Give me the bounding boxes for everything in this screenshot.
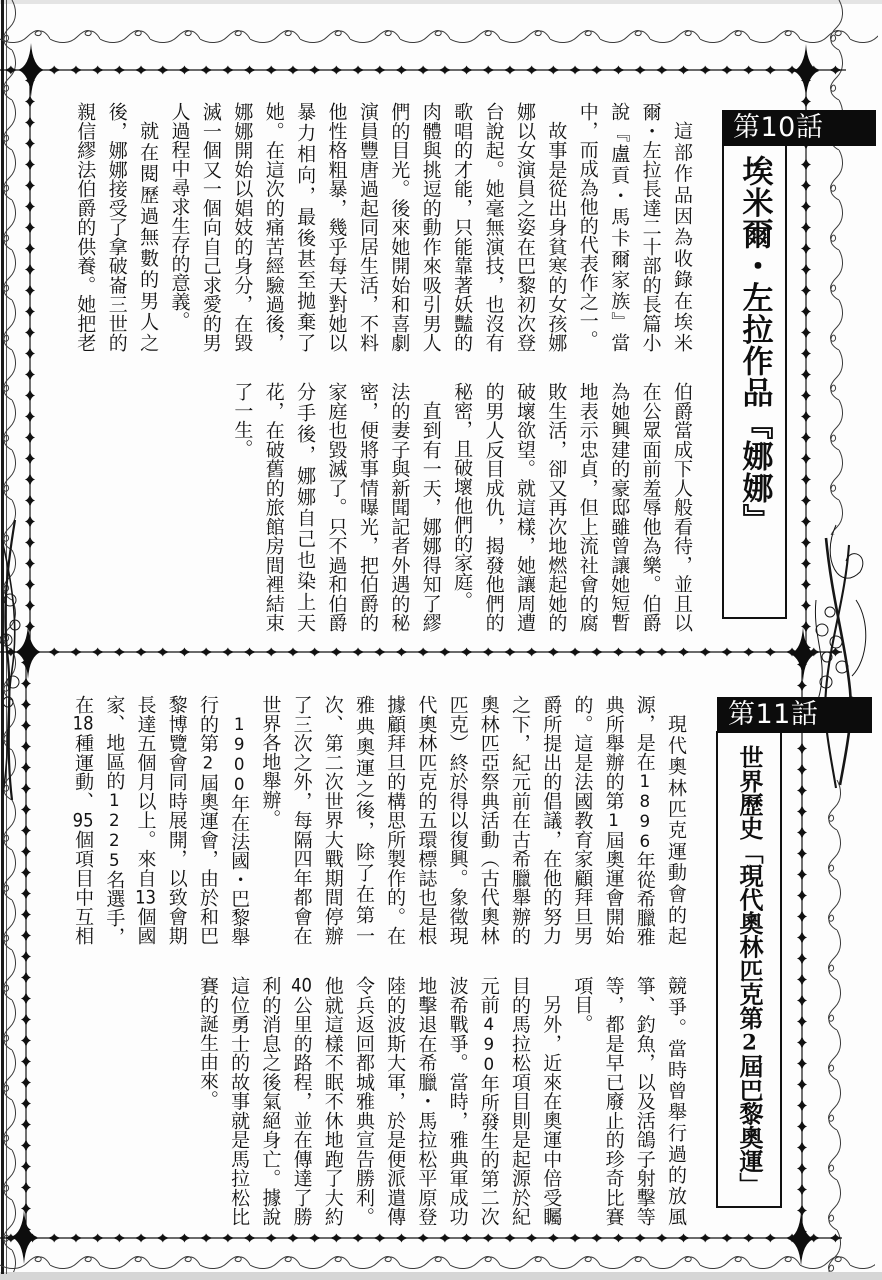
text-column: 競爭。當時曾舉行過的放風	[660, 976, 691, 1226]
text-column: 就在閱歷過無數的男人之	[132, 102, 163, 352]
text-column: 地表示忠貞，但上流社會的腐	[571, 382, 602, 632]
text-column: 波希戰爭。當時，雅典軍成功	[441, 976, 472, 1226]
chapter-label: 第11話	[717, 697, 872, 733]
number: 1900	[229, 714, 249, 794]
number: 2	[737, 1029, 762, 1054]
article-body-upper: 這部作品因為收錄在埃米 爾・左拉長達二十部的長篇小 說『盧貢・馬卡爾家族』當 中…	[69, 102, 697, 352]
vine-bottom	[0, 1250, 875, 1274]
article-body-lower: 競爭。當時曾舉行過的放風 箏、釣魚，以及活鴿子射擊等 等，都是早已廢止的珍奇比賽…	[192, 976, 691, 1226]
text-column: 歌唱的才能，只能靠著妖豔的	[446, 102, 477, 352]
text-column: 箏、釣魚，以及活鴿子射擊等	[629, 976, 660, 1226]
text-column: 陸的波斯大軍，於是便派遣傳	[379, 976, 410, 1226]
text-column: 親信繆法伯爵的供養。她把老	[69, 102, 100, 352]
book-page: 第10話 埃米爾・左拉作品『娜娜』 這部作品因為收錄在埃米 爾・左拉長達二十部的…	[0, 0, 882, 1280]
vine-right-bottom	[822, 780, 846, 1272]
text-column: 在公眾面前羞辱他為樂。伯爵	[634, 382, 665, 632]
text-column: 爵所提出的倡議，在他的努力	[535, 695, 566, 945]
text-column: 法的妻子與新聞記者外遇的秘	[383, 382, 414, 632]
text-column: 秘密，且破壞他們的家庭。	[446, 382, 477, 632]
text-column: 娜娜開始以娼妓的身分，在毀	[226, 102, 257, 352]
number: 40	[291, 976, 313, 995]
text-column: 行的第2屆奧運會，由於和巴	[192, 695, 223, 945]
article-body-upper: 現代奧林匹克運動會的起 源，是在1896年從希臘雅 典所舉辦的第1屆奧運會開始 …	[67, 695, 691, 945]
text-column: 密，便將事情曝光，把伯爵的	[352, 382, 383, 632]
text-column: 利的消息之後氣絕身亡。據說	[254, 976, 285, 1226]
text-column: 另外，近來在奧運中倍受矚	[535, 976, 566, 1226]
text-column: 賽的誕生由來。	[192, 976, 223, 1226]
text-column: 暴力相向，最後甚至拋棄了	[289, 102, 320, 352]
text-column: 們的目光。後來她開始和喜劇	[383, 102, 414, 352]
chapter-label-tab: 第10話	[722, 110, 876, 146]
text-column: 演員豐唐過起同居生活，不料	[352, 102, 383, 352]
number: 1896	[635, 771, 655, 851]
text-column: 地擊退在希臘・馬拉松平原登	[410, 976, 441, 1226]
text-column: 在18種運動、95個項目中互相	[67, 695, 98, 945]
text-column: 分手後，娜娜自己也染上天	[289, 382, 320, 632]
diamond-chain-top	[0, 64, 846, 76]
text-column: 破壞欲望。就這樣，她讓周遭	[509, 382, 540, 632]
diamond-chain-right-bottom	[796, 654, 808, 1240]
text-column: 他性格粗暴，幾乎每天對她以	[320, 102, 351, 352]
number: 1225	[104, 790, 124, 870]
text-column: 爾・左拉長達二十部的長篇小	[634, 102, 665, 352]
text-column: 敗生活，卻又再次地燃起她的	[540, 382, 571, 632]
chapter-title: 世界歷史「現代奧林匹克第2屆巴黎奧運」	[732, 745, 766, 1196]
text-column: 家庭也毀滅了。只不過和伯爵	[320, 382, 351, 632]
article-body-lower: 伯爵當成下人般看待，並且以 在公眾面前羞辱他為樂。伯爵 為她興建的豪邸雖曾讓她短…	[226, 382, 697, 632]
text-column: 肉體與挑逗的動作來吸引男人	[414, 102, 445, 352]
text-column: 令兵返回都城雅典宣告勝利。	[348, 976, 379, 1226]
text-column: 直到有一天，娜娜得知了繆	[414, 382, 445, 632]
text-column: 長達五個月以上。來自13個國	[129, 695, 160, 945]
vine-top	[0, 24, 878, 48]
text-column: 他就這樣不眠不休地跑了大約	[317, 976, 348, 1226]
diamond-chain-left-top	[24, 70, 36, 652]
chapter-title: 埃米爾・左拉作品『娜娜』	[735, 155, 775, 535]
number: 95	[72, 811, 94, 830]
text-column: 後，娜娜接受了拿破崙三世的	[100, 102, 131, 352]
text-column: 典所舉辦的第1屆奧運會開始	[597, 695, 628, 945]
text-column: 黎博覽會同時展開，以致會期	[161, 695, 192, 945]
text-column: 這位勇士的故事就是馬拉松比	[223, 976, 254, 1226]
text-column: 元前490年所發生的第二次	[473, 976, 504, 1226]
chapter-label: 第10話	[722, 110, 876, 146]
chapter-label-tab: 第11話	[717, 697, 872, 733]
number: 18	[72, 714, 94, 733]
text-column: 之下，紀元前在古希臘舉辦的	[504, 695, 535, 945]
text-column: 娜以女演員之姿在巴黎初次登	[509, 102, 540, 352]
text-column: 40公里的路程，並在傳達了勝	[285, 976, 316, 1226]
text-column: 她。在這次的痛苦經驗過後，	[257, 102, 288, 352]
number: 490	[479, 1014, 499, 1074]
vine-right-top	[824, 0, 848, 535]
text-column: 故事是從出身貧寒的女孩娜	[540, 102, 571, 352]
text-column: 花，在破舊的旅館房間裡結束	[257, 382, 288, 632]
text-column: 的。這是法國教育家顧拜旦男	[566, 695, 597, 945]
text-column: 匹克）終於得以復興。象徵現	[441, 695, 472, 945]
text-column: 了三次之外，每隔四年都會在	[285, 695, 316, 945]
diamond-chain-left-bottom	[20, 652, 32, 1238]
text-column: 伯爵當成下人般看待，並且以	[666, 382, 697, 632]
chapter-title-box: 世界歷史「現代奧林匹克第2屆巴黎奧運」	[716, 731, 782, 1208]
number: 2	[198, 753, 218, 773]
text-column: 了一生。	[226, 382, 257, 632]
text-column: 的男人反目成仇，揭發他們的	[477, 382, 508, 632]
text-column: 中，而成為他的代表作之一。	[571, 102, 602, 352]
text-column: 次、第二次世界大戰期間停辦	[317, 695, 348, 945]
text-column: 滅一個又一個向自己求愛的男	[195, 102, 226, 352]
text-column: 目的馬拉松項目則是起源於紀	[504, 976, 535, 1226]
text-column: 家、地區的1225名選手，	[98, 695, 129, 945]
text-column: 說『盧貢・馬卡爾家族』當	[603, 102, 634, 352]
diamond-chain-right-top	[800, 70, 812, 654]
text-column: 源，是在1896年從希臘雅	[629, 695, 660, 945]
text-column: 1900年在法國・巴黎舉	[223, 695, 254, 945]
number: 13	[135, 888, 157, 907]
diamond-chain-bottom	[0, 1232, 842, 1244]
text-column: 世界各地舉辦。	[254, 695, 285, 945]
text-column: 現代奧林匹克運動會的起	[660, 695, 691, 945]
text-column: 項目。	[566, 976, 597, 1226]
text-column: 雅典奧運之後，除了在第一	[348, 695, 379, 945]
text-column: 這部作品因為收錄在埃米	[666, 102, 697, 352]
text-column: 奧林匹亞祭典活動（古代奧林	[473, 695, 504, 945]
text-column: 等，都是早已廢止的珍奇比賽	[597, 976, 628, 1226]
text-column: 為她興建的豪邸雖曾讓她短暫	[603, 382, 634, 632]
text-column: 台說起。她毫無演技，也沒有	[477, 102, 508, 352]
text-column: 人過程中尋求生存的意義。	[163, 102, 194, 352]
chapter-title-box: 埃米爾・左拉作品『娜娜』	[722, 144, 787, 619]
number: 1	[604, 810, 624, 830]
text-column: 代奧林匹克的五環標誌也是根	[410, 695, 441, 945]
diamond-chain-middle	[0, 646, 842, 658]
text-column: 據顧拜旦的構思所製作的。在	[379, 695, 410, 945]
